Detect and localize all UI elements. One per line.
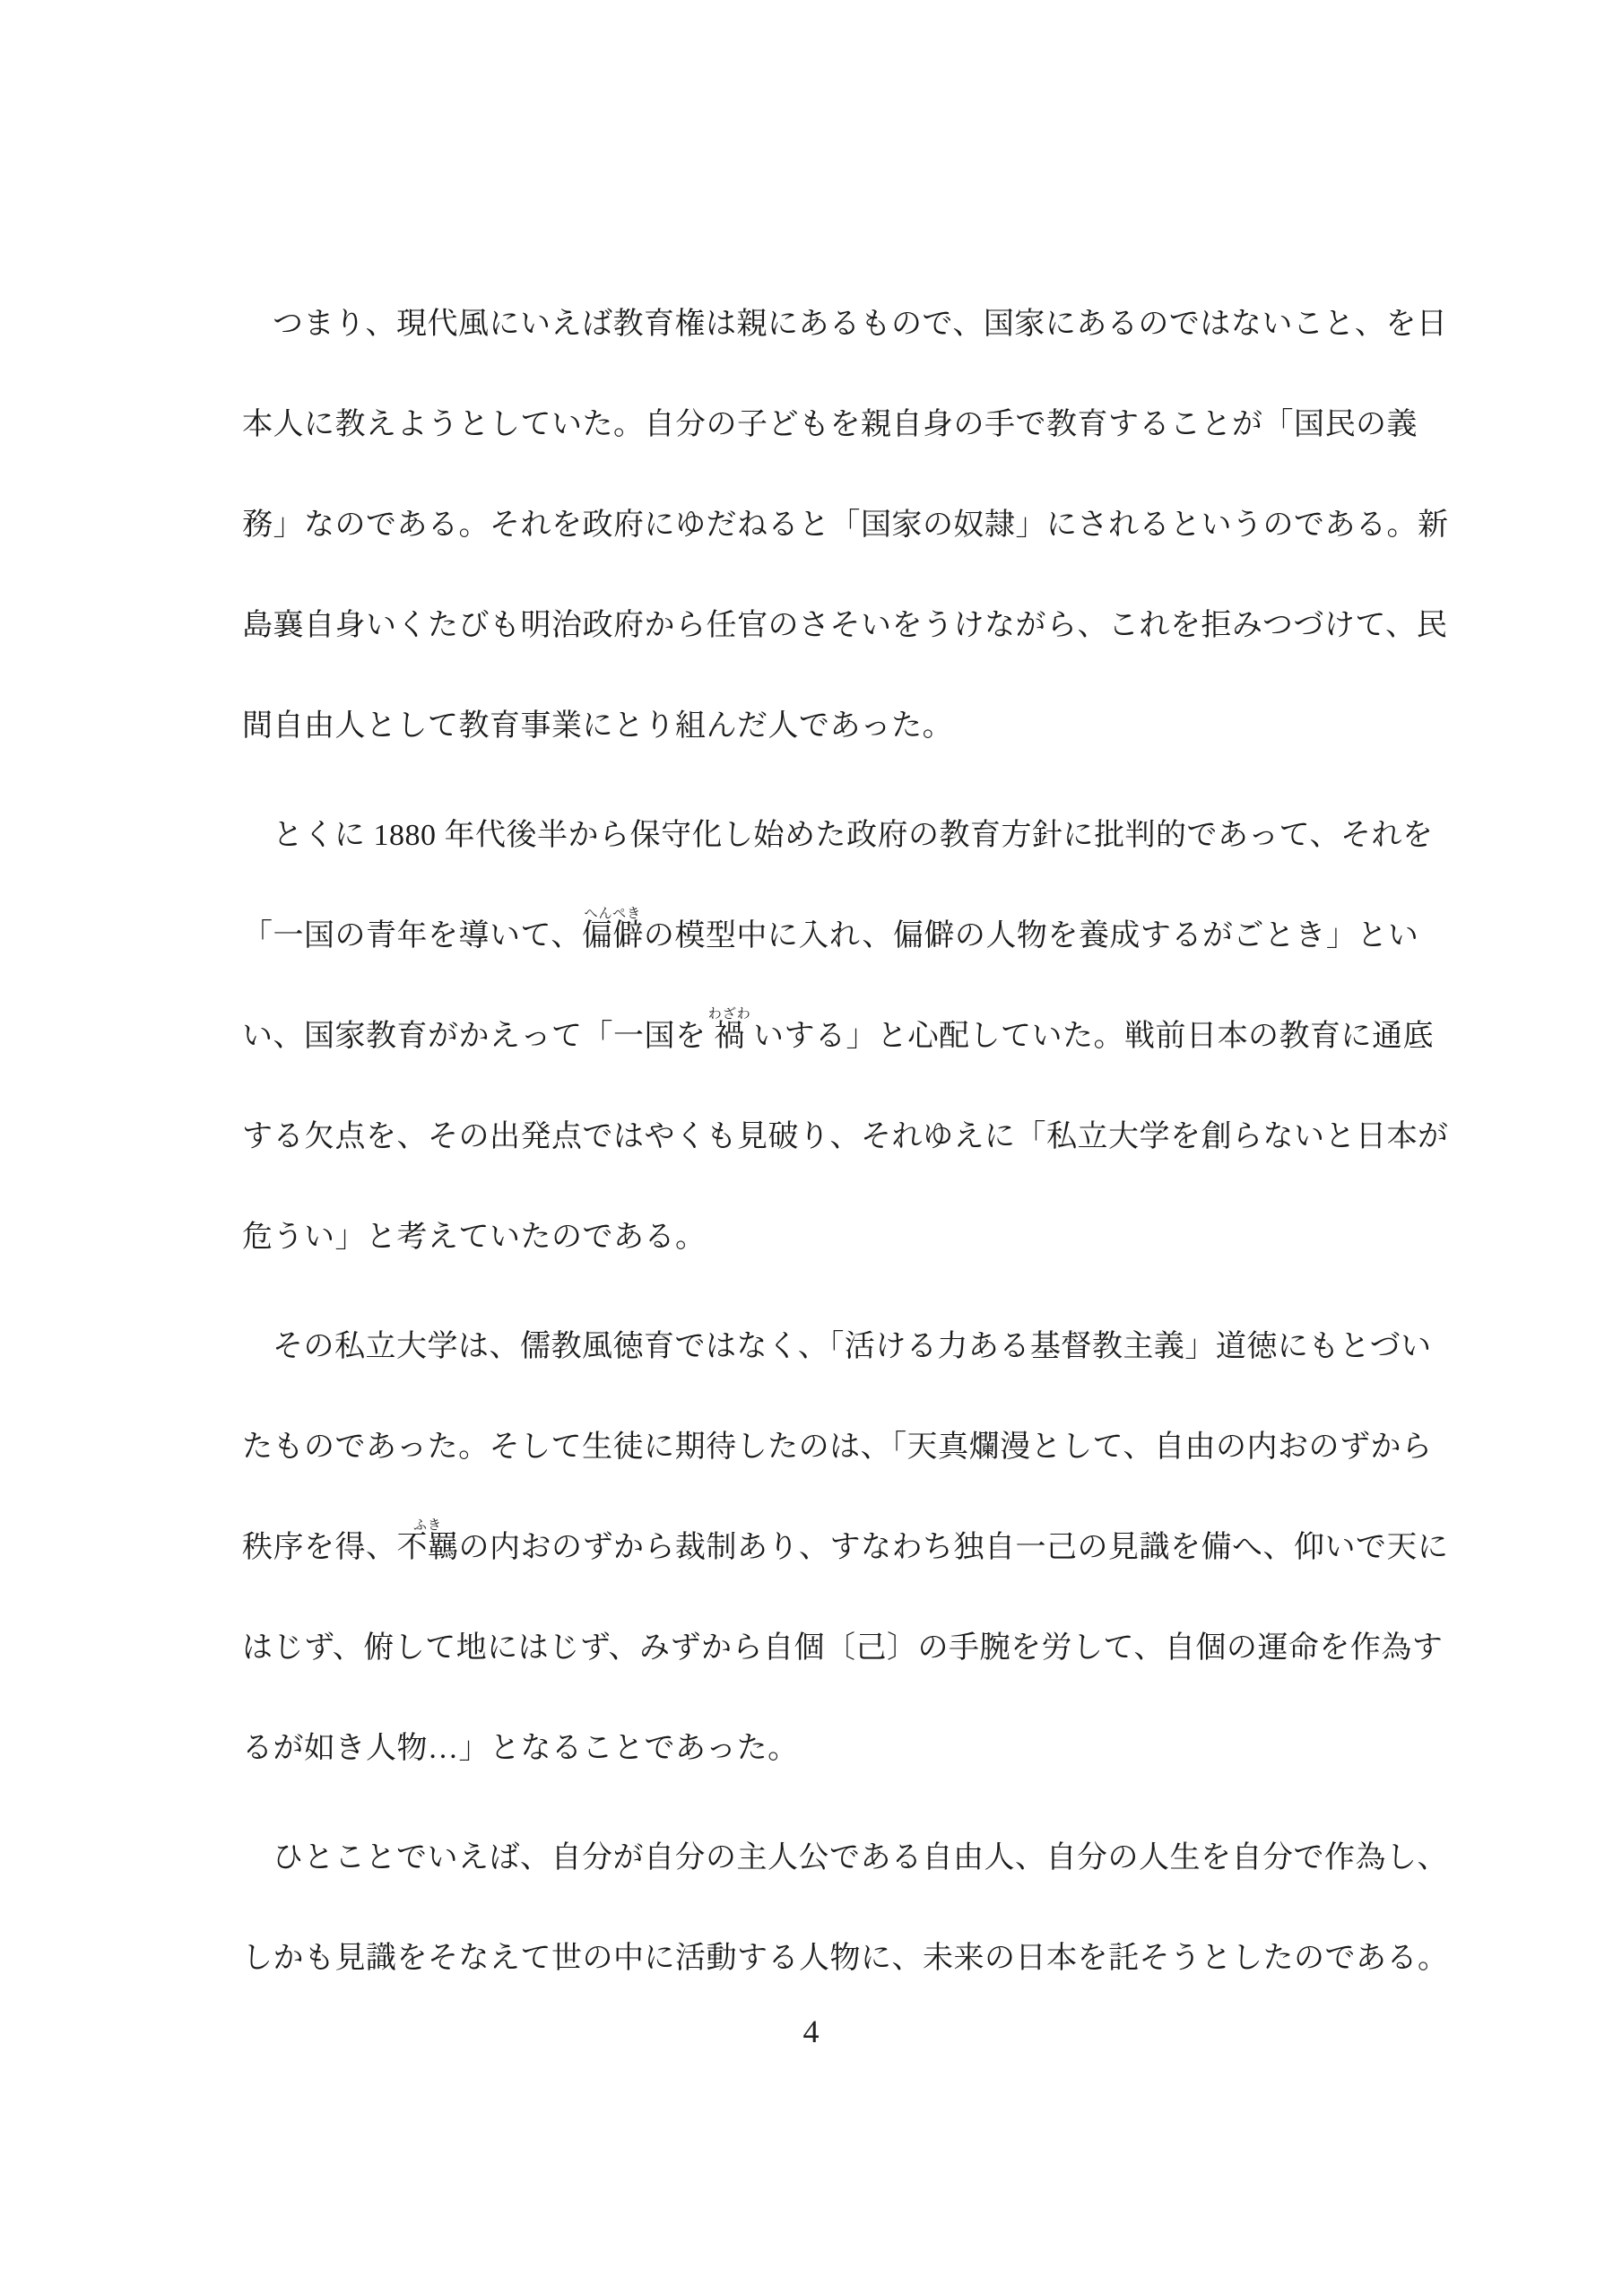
document-page: つまり、現代風にいえば教育権は親にあるもので、国家にあるのではないこと、を日本人… [0,0,1622,2296]
text-line: 務」なのである。それを政府にゆだねると「国家の奴隷」にされるというのである。新 [242,475,1381,576]
text-line: する欠点を、その出発点ではやくも見破り、それゆえに「私立大学を創らないと日本が [242,1087,1381,1187]
paragraph: つまり、現代風にいえば教育権は親にあるもので、国家にあるのではないこと、を日本人… [242,274,1381,777]
text-line: い、国家教育がかえって「一国を 禍わざわ いする」と心配していた。戦前日本の教育… [242,987,1381,1087]
paragraph: ひとことでいえば、自分が自分の主人公である自由人、自分の人生を自分で作為し、しか… [242,1808,1381,2009]
ruby-annotated-word: 不羈ふき [397,1531,459,1564]
paragraph: その私立大学は、儒教風徳育ではなく、「活ける力ある基督教主義」道徳にもとづいたも… [242,1297,1381,1799]
text-line: はじず、俯して地にはじず、みずから自個〔己〕の手腕を労して、自個の運命を作為す [242,1598,1381,1699]
ruby-annotated-word: 禍わざわ [715,1020,746,1053]
text-line: ひとことでいえば、自分が自分の主人公である自由人、自分の人生を自分で作為し、 [242,1808,1381,1909]
text-line: 間自由人として教育事業にとり組んだ人であった。 [242,676,1381,777]
page-number: 4 [0,2009,1622,2054]
text-line: たものであった。そして生徒に期待したのは、「天真爛漫として、自由の内おのずから [242,1397,1381,1498]
paragraph: とくに 1880 年代後半から保守化し始めた政府の教育方針に批判的であって、それ… [242,786,1381,1288]
text-line: 秩序を得、不羈ふきの内おのずから裁制あり、すなわち独自一己の見識を備へ、仰いで天… [242,1498,1381,1598]
text-line: つまり、現代風にいえば教育権は親にあるもので、国家にあるのではないこと、を日 [242,274,1381,375]
text-line: 危うい」と考えていたのである。 [242,1187,1381,1288]
text-line: しかも見識をそなえて世の中に活動する人物に、未来の日本を託そうとしたのである。 [242,1909,1381,2009]
text-line: 「一国の青年を導いて、偏僻へんぺきの模型中に入れ、偏僻の人物を養成するがごとき」… [242,886,1381,987]
text-line: るが如き人物…」となることであった。 [242,1699,1381,1799]
text-line: とくに 1880 年代後半から保守化し始めた政府の教育方針に批判的であって、それ… [242,786,1381,886]
text-line: その私立大学は、儒教風徳育ではなく、「活ける力ある基督教主義」道徳にもとづい [242,1297,1381,1397]
ruby-annotated-word: 偏僻へんぺき [582,919,644,952]
text-line: 島襄自身いくたびも明治政府から任官のさそいをうけながら、これを拒みつづけて、民 [242,576,1381,676]
text-line: 本人に教えようとしていた。自分の子どもを親自身の手で教育することが「国民の義 [242,375,1381,475]
document-body: つまり、現代風にいえば教育権は親にあるもので、国家にあるのではないこと、を日本人… [242,274,1381,2018]
